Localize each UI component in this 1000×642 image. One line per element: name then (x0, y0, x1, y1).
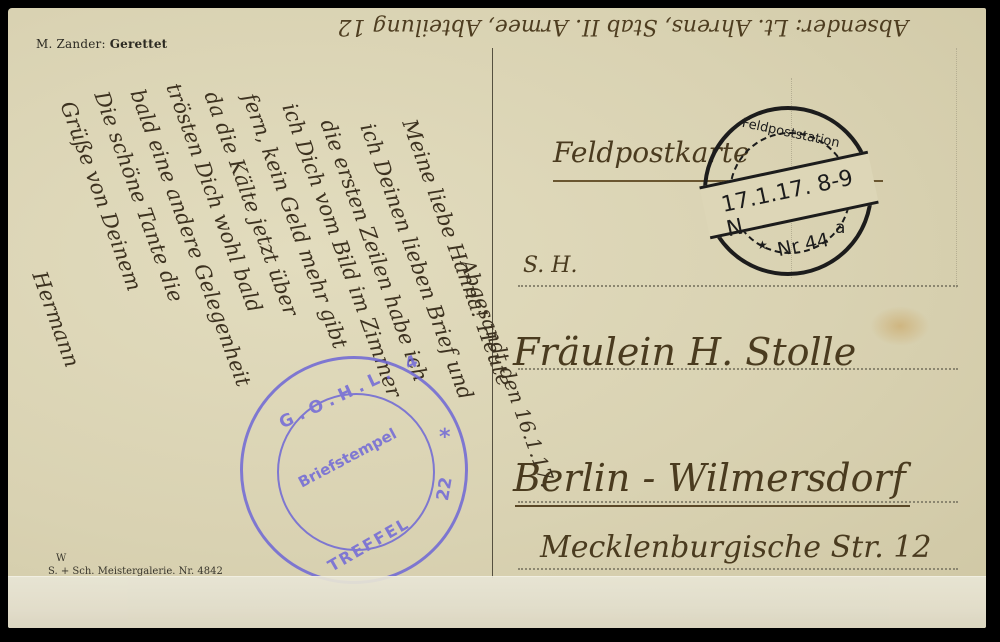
address-line-1 (518, 285, 958, 287)
censor-star: * (439, 425, 451, 450)
postmark-letter: a (835, 218, 845, 238)
postmark-star: ★ (757, 238, 768, 252)
address-prefix: S. H. (523, 253, 577, 278)
paper-stain (870, 306, 930, 346)
address-street: Mecklenburgische Str. 12 (540, 530, 932, 565)
postcard-caption: M. Zander: Gerettet (36, 37, 167, 51)
publisher-mark: W (56, 553, 66, 564)
address-name: Fräulein H. Stolle (513, 330, 856, 374)
censor-stamp: G.O.H.L. 4 Briefstempel * 22 TREFFEL (240, 356, 468, 584)
feldpost-postmark: 17.1.17. 8-9 N Feldpoststation a ★ Nr 44 (703, 106, 873, 276)
postcard: M. Zander: Gerettet Absender: Lt. Ahrens… (8, 8, 986, 628)
message-signature: Hermann (27, 268, 84, 370)
hinge-strip (8, 576, 986, 628)
address-city-underline (515, 505, 910, 507)
address-line-4 (518, 568, 958, 570)
caption-author: M. Zander: (36, 37, 106, 51)
caption-title: Gerettet (110, 37, 168, 51)
address-line-3 (518, 501, 958, 503)
censor-number: 22 (433, 476, 457, 503)
address-city: Berlin - Wilmersdorf (513, 456, 906, 500)
vertical-guide (956, 48, 957, 288)
inverted-sender-header: Absender: Lt. Ahrens, Stab II. Armee, Ab… (273, 14, 973, 39)
